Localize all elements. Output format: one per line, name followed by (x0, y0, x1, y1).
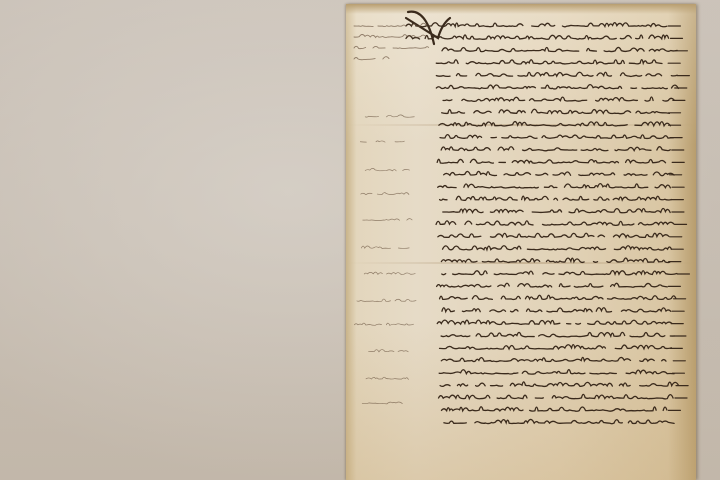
manuscript-page (346, 4, 696, 480)
handwriting (346, 4, 696, 480)
